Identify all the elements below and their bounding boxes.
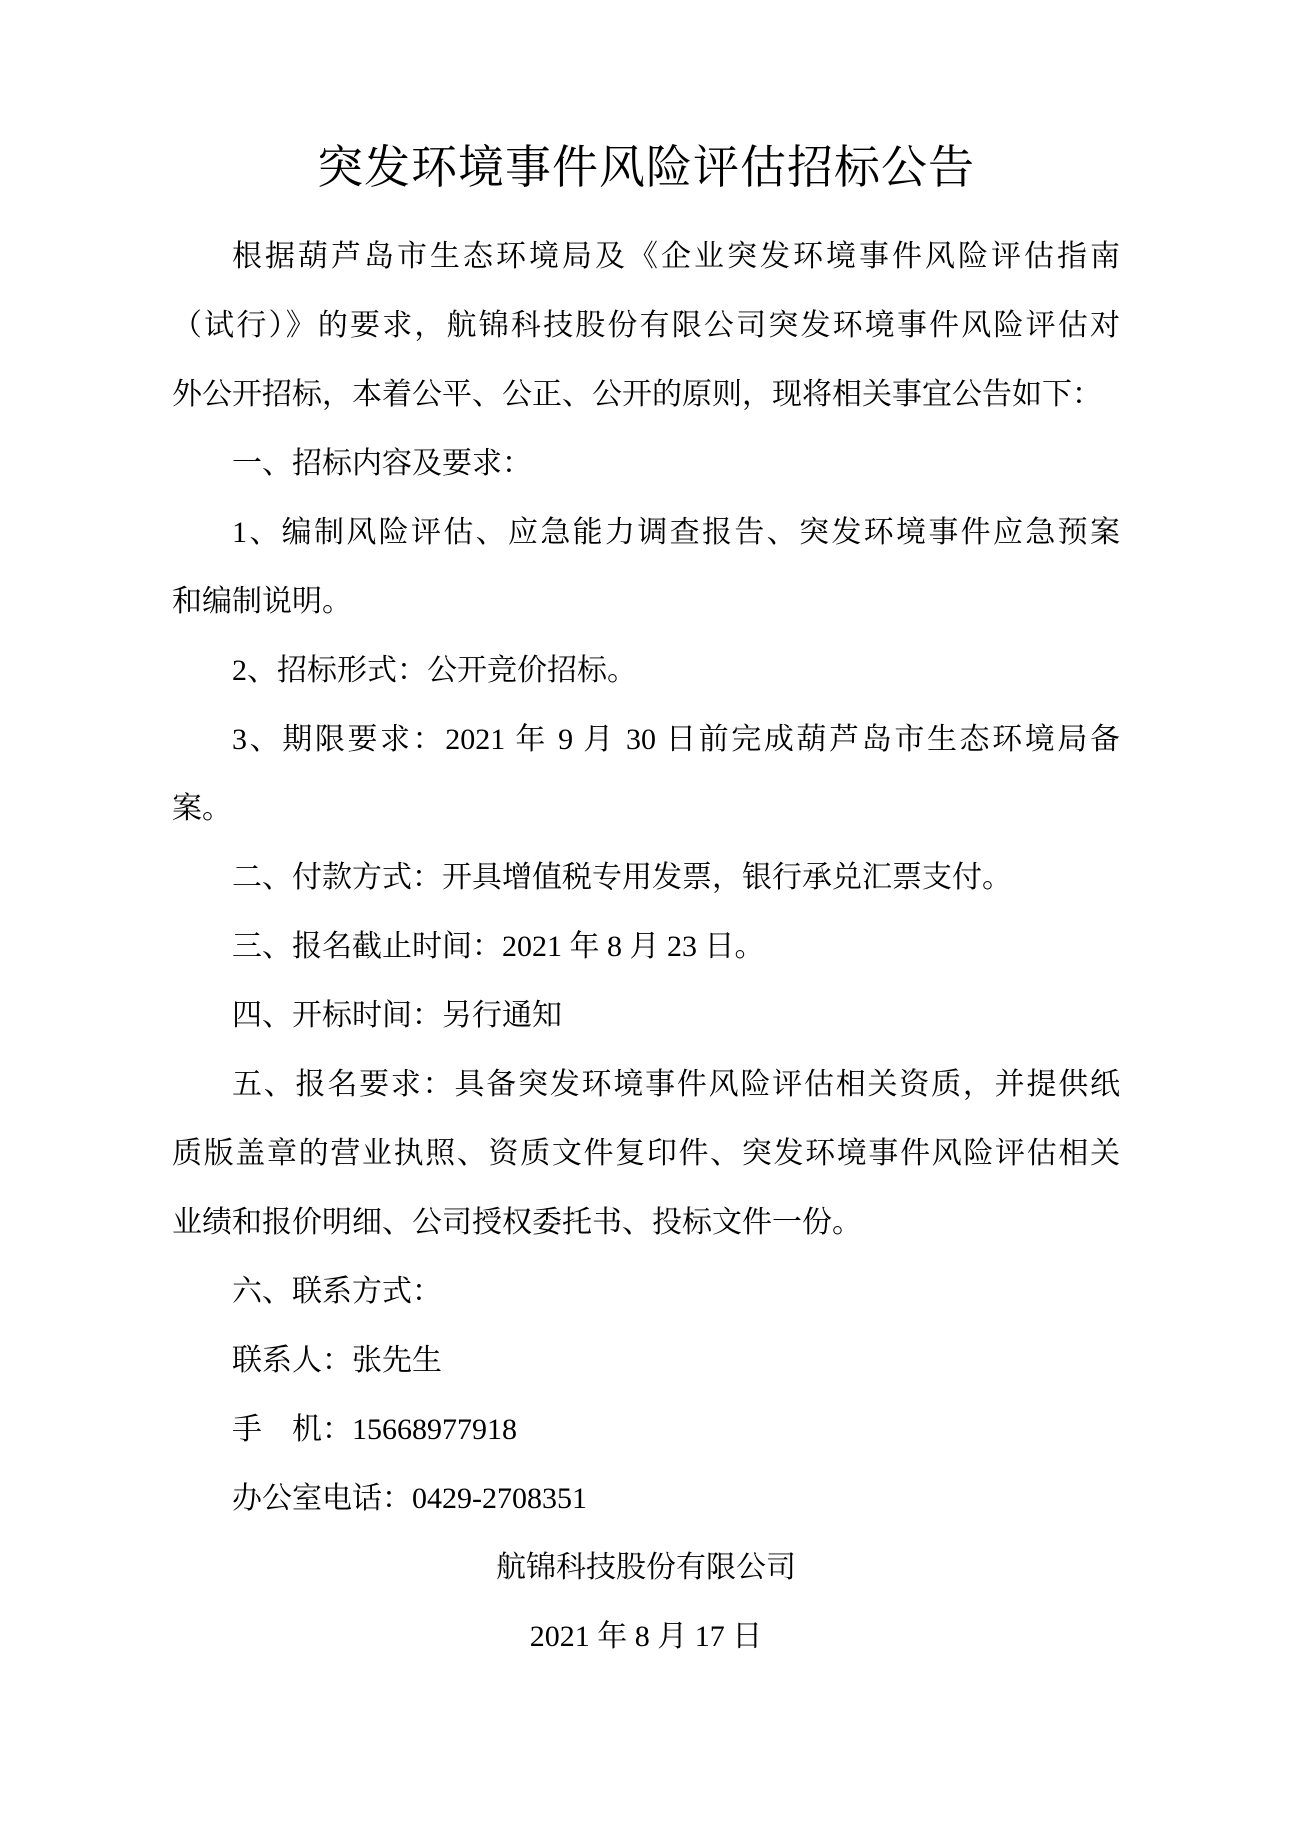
paragraph-section-6-contact: 六、联系方式： (172, 1257, 1120, 1326)
paragraph-item-1-2: 2、招标形式：公开竞价招标。 (172, 636, 1120, 705)
text-line: 五、报名要求：具备突发环境事件风险评估相关资质，并提供纸 (172, 1050, 1120, 1119)
text-line: 业绩和报价明细、公司授权委托书、投标文件一份。 (172, 1188, 1120, 1257)
text-line: 二、付款方式：开具增值税专用发票，银行承兑汇票支付。 (172, 843, 1120, 912)
text-line: 外公开招标，本着公平、公正、公开的原则，现将相关事宜公告如下： (172, 360, 1120, 429)
text-line: 四、开标时间：另行通知 (172, 981, 1120, 1050)
paragraph-contact-office-phone: 办公室电话：0429-2708351 (172, 1464, 1120, 1533)
signature-block: 航锦科技股份有限公司 2021 年 8 月 17 日 (172, 1533, 1120, 1671)
signature-date: 2021 年 8 月 17 日 (172, 1602, 1120, 1671)
text-line: 1、编制风险评估、应急能力调查报告、突发环境事件应急预案 (172, 498, 1120, 567)
document-title: 突发环境事件风险评估招标公告 (172, 133, 1120, 203)
paragraph-section-1-heading: 一、招标内容及要求： (172, 429, 1120, 498)
paragraph-contact-mobile: 手 机：15668977918 (172, 1395, 1120, 1464)
text-line: 2、招标形式：公开竞价招标。 (172, 636, 1120, 705)
paragraph-section-2-payment: 二、付款方式：开具增值税专用发票，银行承兑汇票支付。 (172, 843, 1120, 912)
paragraph-section-5-requirements: 五、报名要求：具备突发环境事件风险评估相关资质，并提供纸 质版盖章的营业执照、资… (172, 1050, 1120, 1257)
text-line: 3、期限要求：2021 年 9 月 30 日前完成葫芦岛市生态环境局备 (172, 705, 1120, 774)
document-body: 根据葫芦岛市生态环境局及《企业突发环境事件风险评估指南 （试行）》的要求，航锦科… (172, 222, 1120, 1533)
contact-office-phone-line: 办公室电话：0429-2708351 (172, 1464, 1120, 1533)
text-line: 六、联系方式： (172, 1257, 1120, 1326)
text-line: （试行）》的要求，航锦科技股份有限公司突发环境事件风险评估对 (172, 291, 1120, 360)
paragraph-section-3-deadline: 三、报名截止时间：2021 年 8 月 23 日。 (172, 912, 1120, 981)
text-line: 案。 (172, 774, 1120, 843)
contact-mobile-line: 手 机：15668977918 (172, 1395, 1120, 1464)
paragraph-contact-person: 联系人：张先生 (172, 1326, 1120, 1395)
paragraph-intro: 根据葫芦岛市生态环境局及《企业突发环境事件风险评估指南 （试行）》的要求，航锦科… (172, 222, 1120, 429)
text-line: 三、报名截止时间：2021 年 8 月 23 日。 (172, 912, 1120, 981)
paragraph-item-1-3: 3、期限要求：2021 年 9 月 30 日前完成葫芦岛市生态环境局备 案。 (172, 705, 1120, 843)
paragraph-item-1-1: 1、编制风险评估、应急能力调查报告、突发环境事件应急预案 和编制说明。 (172, 498, 1120, 636)
text-line: 一、招标内容及要求： (172, 429, 1120, 498)
document-page: 突发环境事件风险评估招标公告 根据葫芦岛市生态环境局及《企业突发环境事件风险评估… (0, 0, 1290, 1824)
contact-person-line: 联系人：张先生 (172, 1326, 1120, 1395)
text-line: 质版盖章的营业执照、资质文件复印件、突发环境事件风险评估相关 (172, 1119, 1120, 1188)
text-line: 和编制说明。 (172, 567, 1120, 636)
text-line: 根据葫芦岛市生态环境局及《企业突发环境事件风险评估指南 (172, 222, 1120, 291)
signature-company: 航锦科技股份有限公司 (172, 1533, 1120, 1602)
paragraph-section-4-opening: 四、开标时间：另行通知 (172, 981, 1120, 1050)
